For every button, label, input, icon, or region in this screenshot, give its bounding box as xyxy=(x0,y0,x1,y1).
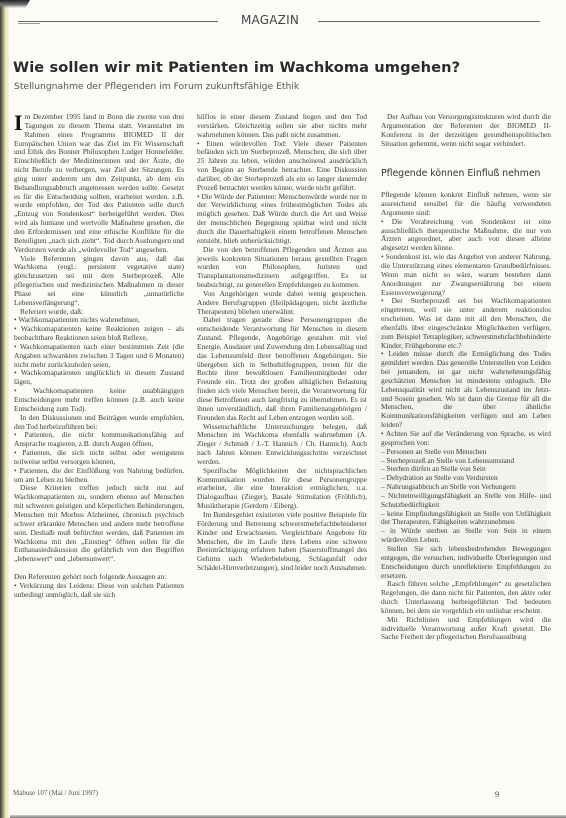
article-column-1: Im Dezember 1995 fand in Bonn die zweite… xyxy=(14,113,184,600)
bullet-item: • Einen würdevollen Tod: Viele dieser Pa… xyxy=(197,140,367,193)
bullet-item: • Wachkomapatienten unglücklich in diese… xyxy=(14,369,184,387)
paragraph: Pflegende können konkret Einfluß nehmen,… xyxy=(381,191,551,218)
paragraph: Dabei tragen gerade diese Personengruppe… xyxy=(197,316,367,422)
bullet-item: • Die Verabreichung von Sondenkost ist e… xyxy=(381,218,551,253)
paragraph: Rasch führen solche „Empfehlungen“ zu ge… xyxy=(381,580,551,615)
paragraph: Wissenschaftliche Untersuchungen belegen… xyxy=(197,423,367,467)
page-corner-shadow xyxy=(0,0,30,8)
dash-item: – in Würde sterben an Stelle von Sein in… xyxy=(381,527,551,545)
masthead-rule-short xyxy=(18,23,40,24)
bullet-item: • Verkürzung des Leidens: Diese von solc… xyxy=(14,582,184,600)
paragraph: Diese Kriterien treffen jedoch nicht nur… xyxy=(14,484,184,564)
paragraph: Stellen Sie sich lebensbedrohenden Beweg… xyxy=(381,545,551,580)
article-column-2: hilflos in einer diesem Zustand liegen u… xyxy=(197,113,367,573)
masthead: MAGAZIN xyxy=(18,14,540,28)
masthead-rule-left xyxy=(18,21,218,22)
article-subheadline: Stellungnahme der Pflegenden im Forum zu… xyxy=(14,81,299,92)
paragraph: Die von den betroffenen Pflegenden und Ä… xyxy=(197,246,367,290)
bullet-item: • Wachkomapatienten keine unabhängigen E… xyxy=(14,387,184,414)
bullet-item: • Die Würde der Patienten: Menschenwürde… xyxy=(197,193,367,246)
bullet-item: • Patienten, die nicht kommunikationsfäh… xyxy=(14,431,184,449)
masthead-rule-right xyxy=(318,21,540,22)
dash-item: – Nichteinwilligungsfähigkeit an Stelle … xyxy=(381,492,551,510)
paragraph: Viele Referenten gingen davon aus, daß d… xyxy=(14,255,184,308)
bullet-item: • Achten Sie auf die Veränderung von Spr… xyxy=(381,430,551,448)
bullet-item: • Sondenkost ist, wie das Angebot von an… xyxy=(381,253,551,297)
bullet-item: • Patienten, die der Einflößung von Nahr… xyxy=(14,467,184,485)
section-label: MAGAZIN xyxy=(228,13,312,27)
paragraph: In den Diskussionen und Beiträgen wurde … xyxy=(14,414,184,432)
paragraph: Der Aufbau von Versorgungsstrukturen wir… xyxy=(381,113,551,148)
section-heading: Pflegende können Einfluß nehmen xyxy=(381,170,551,179)
bullet-item: • Wachkomapatienten nach einer bestimmte… xyxy=(14,343,184,370)
article-column-3: Der Aufbau von Versorgungsstrukturen wir… xyxy=(381,113,551,642)
book-binding-shadow xyxy=(0,0,9,818)
drop-cap: I xyxy=(14,114,23,132)
page-number: 9 xyxy=(495,790,499,799)
dash-item: – keine Empfindungsfähigkeit an Stelle v… xyxy=(381,510,551,528)
paragraph: hilflos in einer diesem Zustand liegen u… xyxy=(197,113,367,140)
bullet-item: • Wachkomapatienten keine Reaktionen zei… xyxy=(14,325,184,343)
bullet-item: • Der Sterbeprozeß sei bei Wachkomapatie… xyxy=(381,297,551,350)
paragraph: Spezifische Möglichkeiten der nichtsprac… xyxy=(197,467,367,511)
lead-paragraph: Im Dezember 1995 fand in Bonn die zweite… xyxy=(14,113,184,255)
article-headline: Wie sollen wir mit Patienten im Wachkoma… xyxy=(13,59,460,76)
bullet-item: • Patienten, die sich nicht selbst oder … xyxy=(14,449,184,467)
paragraph: Von Angehörigen wurde dabei wenig gespro… xyxy=(197,290,367,317)
bullet-item: • Leiden müsse durch die Ermöglichung de… xyxy=(381,350,551,430)
footer-source: Mabuse 107 (Mai / Juni 1997) xyxy=(13,789,98,797)
paragraph: Im Bundesgebiet existieren viele positiv… xyxy=(197,511,367,573)
paragraph: Mit Richtlinien und Empfehlungen wird di… xyxy=(381,616,551,643)
